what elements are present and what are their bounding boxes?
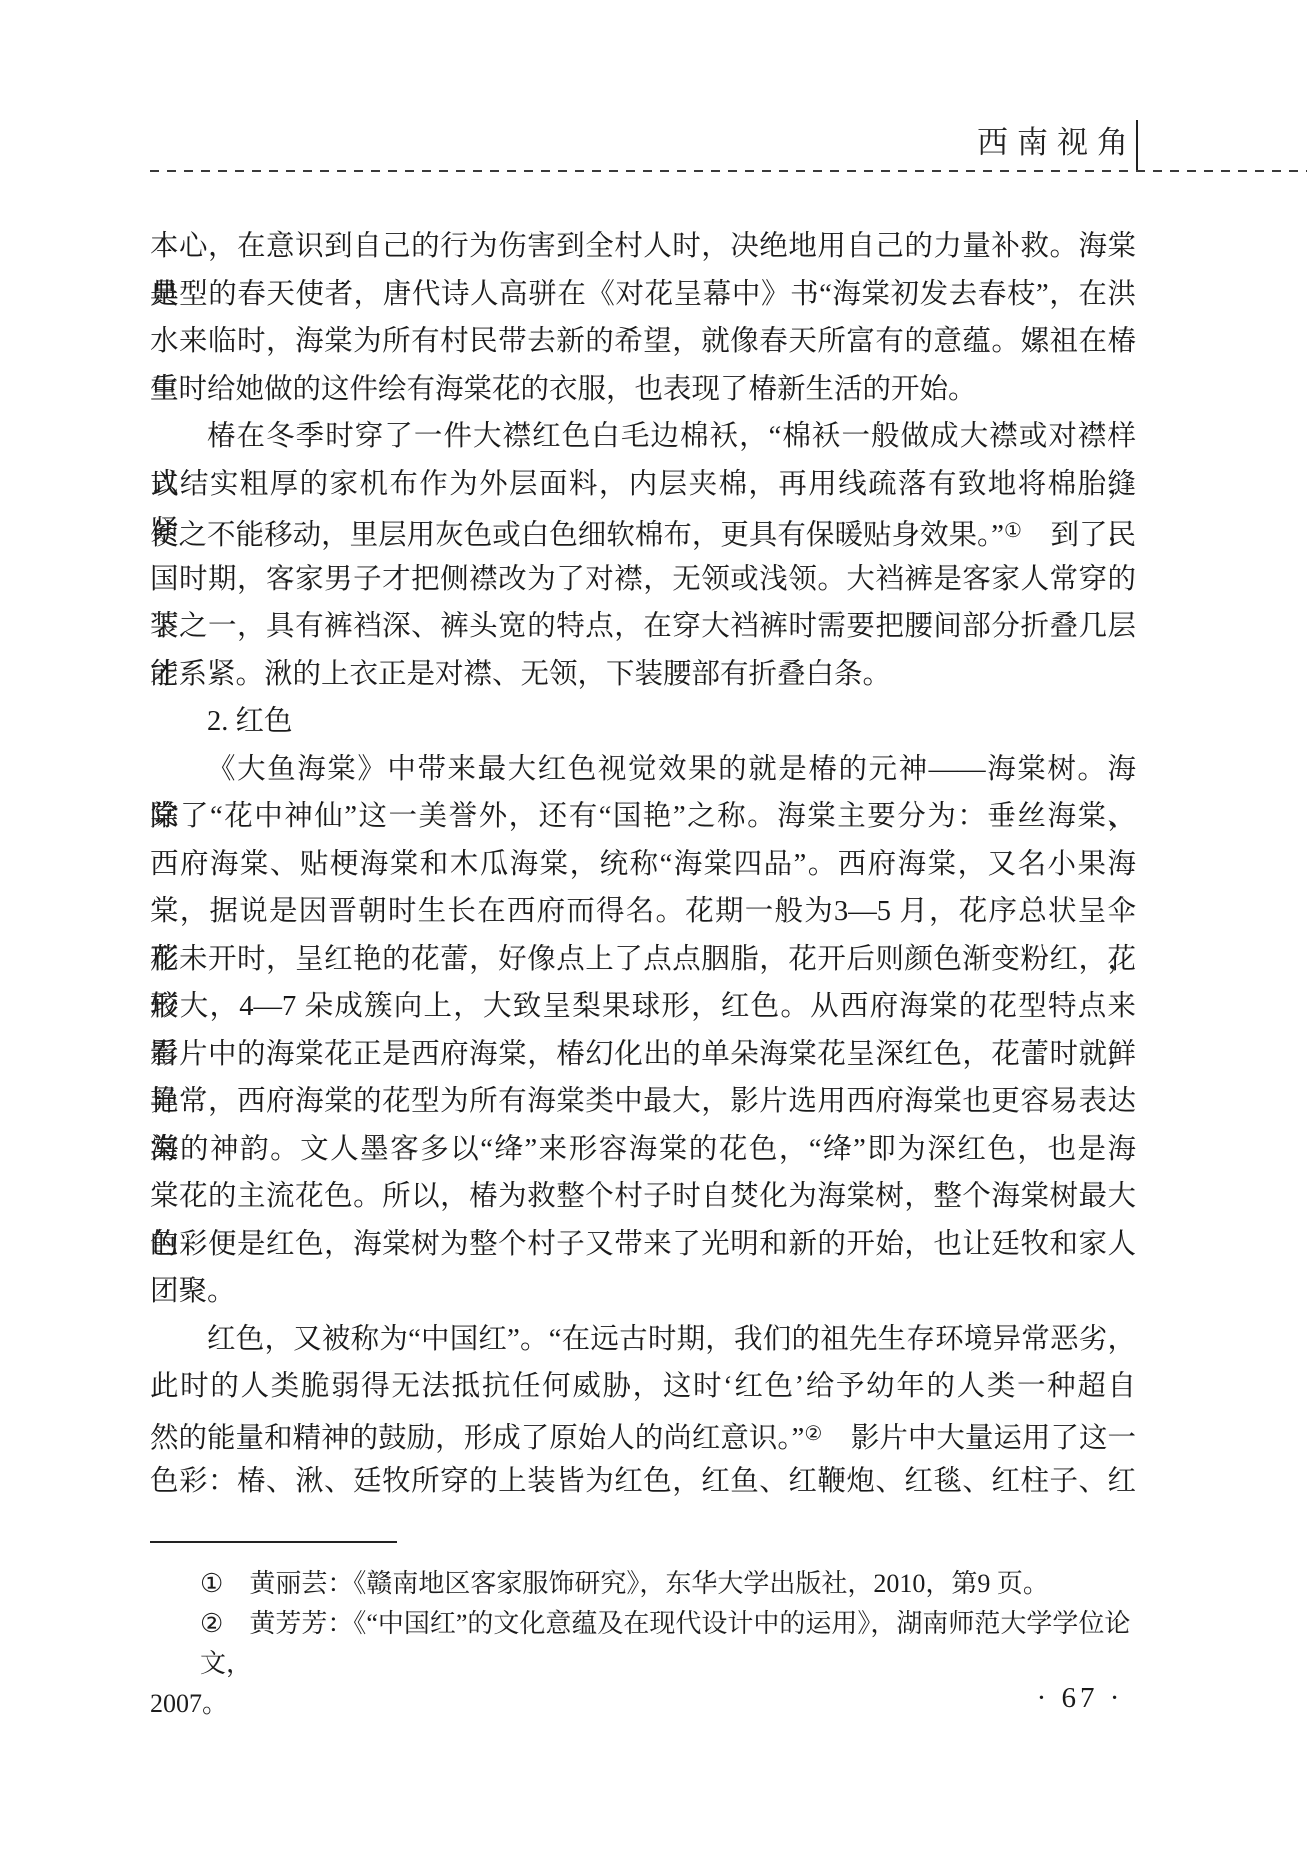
footnote-text: 黄丽芸：《赣南地区客家服饰研究》，东华大学出版社，2010，第9 页。 [249, 1569, 1049, 1598]
text-line: 团聚。 [150, 1268, 1136, 1316]
text-line: 2. 红色 [150, 698, 1136, 746]
page-number: · 67 · [1015, 1681, 1145, 1715]
text-line: 棠，据说是因晋朝时生长在西府而得名。花期一般为3—5 月，花序总状呈伞形， [150, 888, 1136, 936]
text-line: 然的能量和精神的鼓励，形成了原始人的尚红意识。”② 影片中大量运用了这一 [150, 1411, 1136, 1459]
footnotes: ①黄丽芸：《赣南地区客家服饰研究》，东华大学出版社，2010，第9 页。②黄芳芳… [150, 1564, 1150, 1724]
footnote-item: ②黄芳芳：《“中国红”的文化意蕴及在现代设计中的运用》，湖南师范大学学位论文， [150, 1604, 1150, 1684]
footnote-number: ① [200, 1569, 223, 1598]
text-segment: 到了民 [1022, 520, 1136, 551]
text-line: 色彩便是红色，海棠树为整个村子又带来了光明和新的开始，也让廷牧和家人 [150, 1221, 1136, 1269]
text-line: 棠花的主流花色。所以，椿为救整个村子时自焚化为海棠树，整个海棠树最大的 [150, 1173, 1136, 1221]
footnote-number: ② [200, 1609, 223, 1638]
text-line: 西府海棠、贴梗海棠和木瓜海棠，统称“海棠四品”。西府海棠，又名小果海 [150, 841, 1136, 889]
text-line: 异常，西府海棠的花型为所有海棠类中最大，影片选用西府海棠也更容易表达海 [150, 1078, 1136, 1126]
text-line: 影片中的海棠花正是西府海棠，椿幻化出的单朵海棠花呈深红色，花蕾时就鲜艳 [150, 1031, 1136, 1079]
footnote-reference-mark: ① [1004, 520, 1022, 542]
text-line: 色彩：椿、湫、廷牧所穿的上装皆为红色，红鱼、红鞭炮、红毯、红柱子、红 [150, 1458, 1136, 1506]
text-line: 使之不能移动，里层用灰色或白色细软棉布，更具有保暖贴身效果。”① 到了民 [150, 508, 1136, 556]
text-segment: 使之不能移动，里层用灰色或白色细软棉布，更具有保暖贴身效果。” [150, 520, 1004, 551]
footnote-separator-rule [150, 1541, 397, 1543]
footnote-reference-mark: ② [804, 1423, 822, 1445]
text-line: 生时给她做的这件绘有海棠花的衣服，也表现了椿新生活的开始。 [150, 366, 1136, 414]
footnote-text: 黄芳芳：《“中国红”的文化意蕴及在现代设计中的运用》，湖南师范大学学位论文， [200, 1609, 1130, 1678]
text-line: 装之一，具有裤裆深、裤头宽的特点，在穿大裆裤时需要把腰间部分折叠几层才 [150, 603, 1136, 651]
text-line: 典型的春天使者，唐代诗人高骈在《对花呈幕中》书“海棠初发去春枝”，在洪 [150, 271, 1136, 319]
text-line: 能系紧。湫的上衣正是对襟、无领，下装腰部有折叠白条。 [150, 651, 1136, 699]
text-segment: 然的能量和精神的鼓励，形成了原始人的尚红意识。” [150, 1423, 804, 1454]
text-line: 水来临时，海棠为所有村民带去新的希望，就像春天所富有的意蕴。嫘祖在椿重 [150, 318, 1136, 366]
text-line: 此时的人类脆弱得无法抵抗任何威胁，这时‘红色’给予幼年的人类一种超自 [150, 1363, 1136, 1411]
text-line: 以结实粗厚的家机布作为外层面料，内层夹棉，再用线疏落有致地将棉胎缝紧， [150, 461, 1136, 509]
text-line: 《大鱼海棠》中带来最大红色视觉效果的就是椿的元神——海棠树。海棠， [150, 746, 1136, 794]
text-line: 较大，4—7 朵成簇向上，大致呈梨果球形，红色。从西府海棠的花型特点来看， [150, 983, 1136, 1031]
text-line: 本心，在意识到自己的行为伤害到全村人时，决绝地用自己的力量补救。海棠是 [150, 223, 1136, 271]
scanned-document-page: 西南视角 本心，在意识到自己的行为伤害到全村人时，决绝地用自己的力量补救。海棠是… [0, 0, 1307, 1859]
header-vertical-rule [1136, 120, 1138, 172]
text-line: 花未开时，呈红艳的花蕾，好像点上了点点胭脂，花开后则颜色渐变粉红，花形 [150, 936, 1136, 984]
text-line: 国时期，客家男子才把侧襟改为了对襟，无领或浅领。大裆裤是客家人常穿的下 [150, 556, 1136, 604]
body-text: 本心，在意识到自己的行为伤害到全村人时，决绝地用自己的力量补救。海棠是典型的春天… [150, 223, 1136, 1506]
running-head-title: 西南视角 [977, 123, 1137, 163]
text-segment: 影片中大量运用了这一 [822, 1423, 1136, 1454]
text-line: 红色，又被称为“中国红”。“在远古时期，我们的祖先生存环境异常恶劣， [150, 1316, 1136, 1364]
text-line: 椿在冬季时穿了一件大襟红色白毛边棉袄，“棉袄一般做成大襟或对襟样式， [150, 413, 1136, 461]
footnote-item: 2007。 [150, 1684, 1150, 1724]
footnote-item: ①黄丽芸：《赣南地区客家服饰研究》，东华大学出版社，2010，第9 页。 [150, 1564, 1150, 1604]
header-dashed-rule [150, 170, 1307, 172]
text-line: 棠的神韵。文人墨客多以“绛”来形容海棠的花色，“绛”即为深红色，也是海 [150, 1126, 1136, 1174]
text-line: 除了“花中神仙”这一美誉外，还有“国艳”之称。海棠主要分为：垂丝海棠、 [150, 793, 1136, 841]
